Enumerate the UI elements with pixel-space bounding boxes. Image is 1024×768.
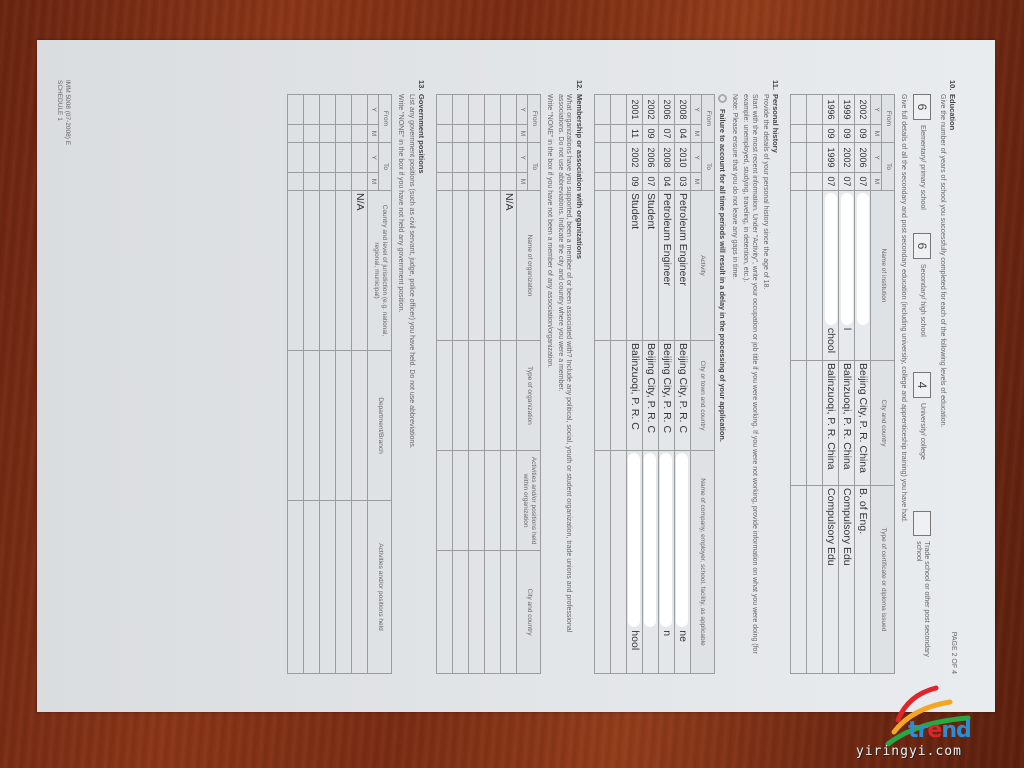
table-cell[interactable] bbox=[469, 173, 485, 191]
table-cell[interactable] bbox=[610, 191, 626, 341]
table-cell[interactable] bbox=[336, 191, 352, 351]
table-cell[interactable] bbox=[791, 361, 807, 486]
table-cell[interactable]: 2006 bbox=[658, 95, 674, 125]
table-cell[interactable] bbox=[288, 501, 304, 674]
table-cell[interactable]: 2008 bbox=[658, 143, 674, 173]
table-cell[interactable]: 2006 bbox=[642, 143, 658, 173]
table-cell[interactable]: Beijing City, P. R. C bbox=[674, 341, 690, 451]
table-cell[interactable] bbox=[336, 501, 352, 674]
empty-table-row bbox=[320, 95, 336, 674]
table-cell[interactable] bbox=[469, 551, 485, 674]
table-cell[interactable] bbox=[485, 173, 501, 191]
table-cell[interactable]: Compulsory Edu bbox=[839, 486, 855, 674]
section-membership: 12.Membership or association with organi… bbox=[436, 80, 584, 674]
table-cell[interactable] bbox=[610, 125, 626, 143]
table-cell[interactable] bbox=[304, 143, 320, 173]
table-cell[interactable] bbox=[807, 191, 823, 361]
table-cell[interactable] bbox=[791, 191, 807, 361]
table-cell[interactable] bbox=[807, 361, 823, 486]
table-cell[interactable] bbox=[501, 125, 517, 143]
table-cell[interactable] bbox=[791, 173, 807, 191]
table-cell[interactable]: 09 bbox=[855, 125, 871, 143]
instruction-text: Give the number of years of school you s… bbox=[937, 94, 946, 674]
table-cell[interactable] bbox=[453, 173, 469, 191]
redaction-mark bbox=[857, 193, 869, 325]
table-cell[interactable] bbox=[485, 341, 501, 451]
table-cell[interactable] bbox=[610, 173, 626, 191]
table-cell[interactable] bbox=[320, 351, 336, 501]
empty-table-row bbox=[304, 95, 320, 674]
table-cell[interactable] bbox=[336, 351, 352, 501]
empty-table-row bbox=[288, 95, 304, 674]
personal-history-table: FromToActivityCity or town and countryNa… bbox=[594, 94, 715, 674]
table-cell[interactable] bbox=[501, 173, 517, 191]
table-cell[interactable] bbox=[453, 551, 469, 674]
section-education: 10.Education Give the number of years of… bbox=[790, 80, 957, 674]
table-row: 200209200607StudentBeijing City, P. R. C bbox=[642, 95, 658, 674]
years-field[interactable]: 6 bbox=[913, 233, 931, 259]
table-cell[interactable] bbox=[304, 173, 320, 191]
empty-table-row bbox=[485, 95, 501, 674]
redaction-mark bbox=[676, 453, 688, 627]
table-cell[interactable]: 1996 bbox=[823, 95, 839, 125]
table-row: N/A bbox=[501, 95, 517, 674]
table-cell[interactable]: 11 bbox=[626, 125, 642, 143]
table-cell[interactable] bbox=[288, 351, 304, 501]
years-field[interactable]: 6 bbox=[913, 94, 931, 120]
table-cell[interactable] bbox=[594, 95, 610, 125]
table-cell[interactable]: N/A bbox=[501, 191, 517, 341]
table-cell[interactable] bbox=[453, 95, 469, 125]
warning-message: Failure to account for all time periods … bbox=[718, 94, 727, 674]
empty-table-row bbox=[610, 95, 626, 674]
table-cell[interactable] bbox=[304, 351, 320, 501]
section-personal-history: 11.Personal history Provide the details … bbox=[594, 80, 780, 674]
table-cell[interactable] bbox=[352, 351, 368, 501]
education-table: FromToName of institutionCity and countr… bbox=[790, 94, 895, 674]
table-cell[interactable] bbox=[453, 451, 469, 551]
redacted-cell[interactable]: l bbox=[839, 191, 855, 361]
section-title: 13.Government positions bbox=[417, 80, 426, 674]
table-cell[interactable]: Balinzuoqi, P. R. China bbox=[823, 361, 839, 486]
redacted-cell[interactable]: n bbox=[658, 451, 674, 674]
form-id: IMM 5008 (07-2008) E bbox=[63, 80, 71, 145]
table-cell[interactable] bbox=[501, 451, 517, 551]
table-cell[interactable] bbox=[288, 125, 304, 143]
table-cell[interactable]: 2006 bbox=[855, 143, 871, 173]
years-trade-school: Trade school or other post secondary sch… bbox=[913, 511, 931, 674]
table-cell[interactable] bbox=[807, 486, 823, 674]
empty-table-row bbox=[437, 95, 453, 674]
table-cell[interactable] bbox=[437, 341, 453, 451]
table-row: 200607200804Petroleum EngineerBeijing Ci… bbox=[658, 95, 674, 674]
table-cell[interactable] bbox=[288, 173, 304, 191]
membership-table: FromToName of organizationType of organi… bbox=[436, 94, 541, 674]
table-instruction: Give full details of all the secondary a… bbox=[898, 94, 907, 674]
years-elementary: 6Elementary/ primary school bbox=[913, 94, 931, 233]
table-cell[interactable]: Petroleum Engineer bbox=[658, 191, 674, 341]
table-row: N/A bbox=[352, 95, 368, 674]
table-cell[interactable]: 2010 bbox=[674, 143, 690, 173]
table-cell[interactable] bbox=[501, 95, 517, 125]
empty-table-row bbox=[594, 95, 610, 674]
table-cell[interactable]: 03 bbox=[674, 173, 690, 191]
table-row: 199609199907 choolBalinzuoqi, P. R. Chin… bbox=[823, 95, 839, 674]
table-cell[interactable] bbox=[453, 125, 469, 143]
instruction-text: Provide the details of your personal his… bbox=[760, 94, 769, 674]
table-cell[interactable] bbox=[437, 95, 453, 125]
table-cell[interactable] bbox=[594, 173, 610, 191]
table-cell[interactable] bbox=[501, 341, 517, 451]
table-cell[interactable] bbox=[336, 143, 352, 173]
redaction-mark bbox=[841, 193, 853, 325]
table-cell[interactable]: 07 bbox=[658, 125, 674, 143]
instruction-text: Start with the most recent information. … bbox=[741, 94, 759, 674]
table-cell[interactable] bbox=[610, 341, 626, 451]
section-title: 10.Education bbox=[948, 80, 957, 674]
instruction-text: Write "NONE" in the box if you have not … bbox=[544, 94, 553, 674]
section-title: 11.Personal history bbox=[771, 80, 780, 674]
table-cell[interactable]: 2001 bbox=[626, 95, 642, 125]
table-cell[interactable] bbox=[437, 551, 453, 674]
table-cell[interactable] bbox=[437, 143, 453, 173]
photographed-form-sheet: PAGE 2 OF 4 10.Education Give the number… bbox=[37, 40, 995, 712]
table-cell[interactable] bbox=[594, 341, 610, 451]
table-cell[interactable]: Balinzuoqi, P. R. C bbox=[626, 341, 642, 451]
table-cell[interactable] bbox=[501, 143, 517, 173]
table-cell[interactable] bbox=[501, 551, 517, 674]
table-row: 200804201003Petroleum EngineerBeijing Ci… bbox=[674, 95, 690, 674]
table-cell[interactable]: Student bbox=[626, 191, 642, 341]
table-cell[interactable]: Beijing City, P. R. China bbox=[855, 361, 871, 486]
table-cell[interactable] bbox=[485, 143, 501, 173]
form-footer: IMM 5008 (07-2008) E SCHEDULE 1 bbox=[55, 80, 71, 145]
years-field[interactable]: 4 bbox=[913, 372, 931, 398]
table-cell[interactable] bbox=[485, 125, 501, 143]
table-cell[interactable]: Balinzuoqi, P. R. China bbox=[839, 361, 855, 486]
table-cell[interactable] bbox=[304, 191, 320, 351]
table-cell[interactable] bbox=[437, 191, 453, 341]
table-cell[interactable] bbox=[437, 173, 453, 191]
table-cell[interactable] bbox=[320, 143, 336, 173]
table-cell[interactable]: 07 bbox=[855, 173, 871, 191]
redaction-mark bbox=[660, 453, 672, 627]
table-cell[interactable] bbox=[469, 451, 485, 551]
table-cell[interactable] bbox=[320, 95, 336, 125]
empty-table-row bbox=[336, 95, 352, 674]
empty-table-row bbox=[469, 95, 485, 674]
table-cell[interactable] bbox=[594, 451, 610, 674]
redacted-cell[interactable]: hool bbox=[626, 451, 642, 674]
table-cell[interactable] bbox=[485, 551, 501, 674]
redacted-cell[interactable] bbox=[855, 191, 871, 361]
section-title: 12.Membership or association with organi… bbox=[574, 80, 583, 674]
instruction-text: Write "NONE" in the box if you have not … bbox=[395, 94, 404, 674]
table-cell[interactable] bbox=[437, 125, 453, 143]
table-cell[interactable] bbox=[320, 501, 336, 674]
table-cell[interactable] bbox=[437, 451, 453, 551]
table-cell[interactable]: 09 bbox=[839, 125, 855, 143]
form-page: PAGE 2 OF 4 10.Education Give the number… bbox=[37, 40, 995, 712]
table-cell[interactable]: 07 bbox=[642, 173, 658, 191]
redaction-mark bbox=[628, 453, 640, 627]
warning-icon bbox=[718, 94, 727, 103]
table-cell[interactable]: Beijing City, P. R. C bbox=[642, 341, 658, 451]
table-cell[interactable]: 2002 bbox=[626, 143, 642, 173]
empty-table-row bbox=[453, 95, 469, 674]
table-cell[interactable] bbox=[594, 125, 610, 143]
watermark-site: yiringyi.com bbox=[856, 744, 962, 759]
redaction-mark bbox=[825, 193, 837, 325]
table-cell[interactable] bbox=[352, 173, 368, 191]
years-of-school: 6Elementary/ primary school 6Secondary/ … bbox=[913, 94, 931, 674]
note-text: Note: Please ensure that you do not leav… bbox=[730, 94, 739, 674]
years-university: 4University/ college bbox=[913, 372, 931, 511]
table-cell[interactable]: 2002 bbox=[642, 95, 658, 125]
table-cell[interactable] bbox=[304, 95, 320, 125]
table-cell[interactable]: 2002 bbox=[839, 143, 855, 173]
table-cell[interactable] bbox=[320, 191, 336, 351]
table-cell[interactable]: 04 bbox=[674, 125, 690, 143]
table-cell[interactable] bbox=[336, 173, 352, 191]
redacted-cell[interactable] bbox=[642, 451, 658, 674]
table-cell[interactable]: 09 bbox=[642, 125, 658, 143]
table-cell[interactable]: N/A bbox=[352, 191, 368, 351]
table-cell[interactable] bbox=[807, 173, 823, 191]
table-cell[interactable]: Beijing City, P. R. C bbox=[658, 341, 674, 451]
table-cell[interactable] bbox=[807, 143, 823, 173]
table-cell[interactable]: 07 bbox=[839, 173, 855, 191]
table-cell[interactable] bbox=[485, 191, 501, 341]
table-cell[interactable] bbox=[485, 451, 501, 551]
table-cell[interactable] bbox=[791, 125, 807, 143]
table-cell[interactable] bbox=[485, 95, 501, 125]
instruction-text: List any government positions (such as c… bbox=[406, 94, 415, 674]
table-cell[interactable] bbox=[288, 191, 304, 351]
years-field[interactable] bbox=[913, 511, 931, 536]
table-cell[interactable] bbox=[352, 501, 368, 674]
table-cell[interactable]: Petroleum Engineer bbox=[674, 191, 690, 341]
table-cell[interactable] bbox=[469, 125, 485, 143]
table-cell[interactable] bbox=[453, 341, 469, 451]
page-number: PAGE 2 OF 4 bbox=[948, 632, 957, 674]
table-cell[interactable] bbox=[469, 143, 485, 173]
government-positions-table: FromToCountry and level of jurisdiction … bbox=[287, 94, 392, 674]
table-cell[interactable] bbox=[594, 143, 610, 173]
table-cell[interactable] bbox=[469, 341, 485, 451]
table-cell[interactable] bbox=[594, 191, 610, 341]
redaction-mark bbox=[644, 453, 656, 627]
table-cell[interactable] bbox=[610, 451, 626, 674]
table-cell[interactable] bbox=[807, 95, 823, 125]
table-cell[interactable]: 09 bbox=[823, 125, 839, 143]
table-cell[interactable] bbox=[288, 143, 304, 173]
table-cell[interactable] bbox=[469, 191, 485, 341]
table-cell[interactable]: 2002 bbox=[855, 95, 871, 125]
table-cell[interactable] bbox=[352, 95, 368, 125]
redacted-cell[interactable]: ne bbox=[674, 451, 690, 674]
empty-table-row bbox=[807, 95, 823, 674]
table-cell[interactable] bbox=[791, 143, 807, 173]
table-cell[interactable] bbox=[807, 125, 823, 143]
section-government-positions: 13.Government positions List any governm… bbox=[287, 80, 426, 674]
watermark-logo-text: trend bbox=[908, 718, 971, 743]
table-cell[interactable] bbox=[453, 191, 469, 341]
table-row: 200111200209StudentBalinzuoqi, P. R. C h… bbox=[626, 95, 642, 674]
table-cell[interactable] bbox=[453, 143, 469, 173]
table-cell[interactable] bbox=[791, 486, 807, 674]
table-row: 199909200207 lBalinzuoqi, P. R. ChinaCom… bbox=[839, 95, 855, 674]
table-cell[interactable] bbox=[304, 501, 320, 674]
table-cell[interactable] bbox=[336, 95, 352, 125]
table-cell[interactable] bbox=[610, 143, 626, 173]
table-cell[interactable] bbox=[336, 125, 352, 143]
table-cell[interactable]: 04 bbox=[658, 173, 674, 191]
table-cell[interactable] bbox=[288, 95, 304, 125]
instruction-text: What organizations have you supported, b… bbox=[555, 94, 573, 674]
table-cell[interactable] bbox=[352, 143, 368, 173]
table-cell[interactable]: 1999 bbox=[839, 95, 855, 125]
table-cell[interactable] bbox=[352, 125, 368, 143]
table-row: 200209200607Beijing City, P. R. ChinaB. … bbox=[855, 95, 871, 674]
table-cell[interactable]: B. of Eng. bbox=[855, 486, 871, 674]
table-cell[interactable] bbox=[469, 95, 485, 125]
table-cell[interactable] bbox=[320, 173, 336, 191]
table-cell[interactable]: 09 bbox=[626, 173, 642, 191]
schedule-label: SCHEDULE 1 bbox=[55, 80, 63, 145]
empty-table-row bbox=[791, 95, 807, 674]
table-cell[interactable] bbox=[791, 95, 807, 125]
table-cell[interactable]: Student bbox=[642, 191, 658, 341]
table-cell[interactable]: Compulsory Edu bbox=[823, 486, 839, 674]
redacted-cell[interactable]: chool bbox=[823, 191, 839, 361]
table-cell[interactable]: 1999 bbox=[823, 143, 839, 173]
table-cell[interactable] bbox=[304, 125, 320, 143]
table-cell[interactable]: 07 bbox=[823, 173, 839, 191]
table-cell[interactable]: 2008 bbox=[674, 95, 690, 125]
table-cell[interactable] bbox=[610, 95, 626, 125]
years-secondary: 6Secondary/ high school bbox=[913, 233, 931, 372]
table-cell[interactable] bbox=[320, 125, 336, 143]
